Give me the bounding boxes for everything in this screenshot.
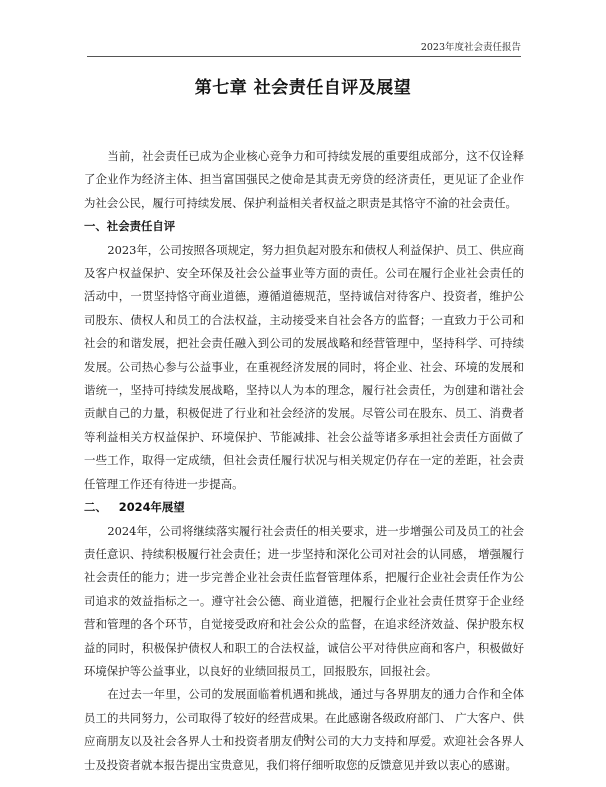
running-header: 2023年度社会责任报告 (87, 41, 521, 57)
page-number: 18 (0, 733, 606, 744)
running-header-title: 2023年度社会责任报告 (421, 42, 521, 53)
section-paragraph: 2023年，公司按照各项规定，努力担负起对股东和债权人利益保护、员工、供应商及客… (84, 239, 524, 496)
section-paragraph: 在过去一年里，公司的发展面临着机遇和挑战，通过与各界朋友的通力合作和全体员工的共… (84, 683, 524, 777)
section-number: 一、 (84, 215, 107, 238)
document-page: 2023年度社会责任报告 第七章 社会责任自评及展望 当前，社会责任已成为企业核… (0, 0, 606, 787)
intro-paragraph: 当前，社会责任已成为企业核心竞争力和可持续发展的重要组成部分，这不仅诠释了企业作… (84, 145, 524, 215)
chapter-title: 第七章 社会责任自评及展望 (0, 73, 606, 98)
section-paragraph: 2024年，公司将继续落实履行社会责任的相关要求，进一步增强公司及员工的社会责任… (84, 520, 524, 684)
section-number: 二、 (84, 496, 107, 519)
document-body: 当前，社会责任已成为企业核心竞争力和可持续发展的重要组成部分，这不仅诠释了企业作… (84, 145, 524, 777)
section-title: 社会责任自评 (107, 219, 175, 233)
section-heading-outlook: 二、2024年展望 (84, 496, 524, 519)
section-title: 2024年展望 (119, 500, 185, 514)
section-heading-self-evaluation: 一、社会责任自评 (84, 215, 524, 238)
